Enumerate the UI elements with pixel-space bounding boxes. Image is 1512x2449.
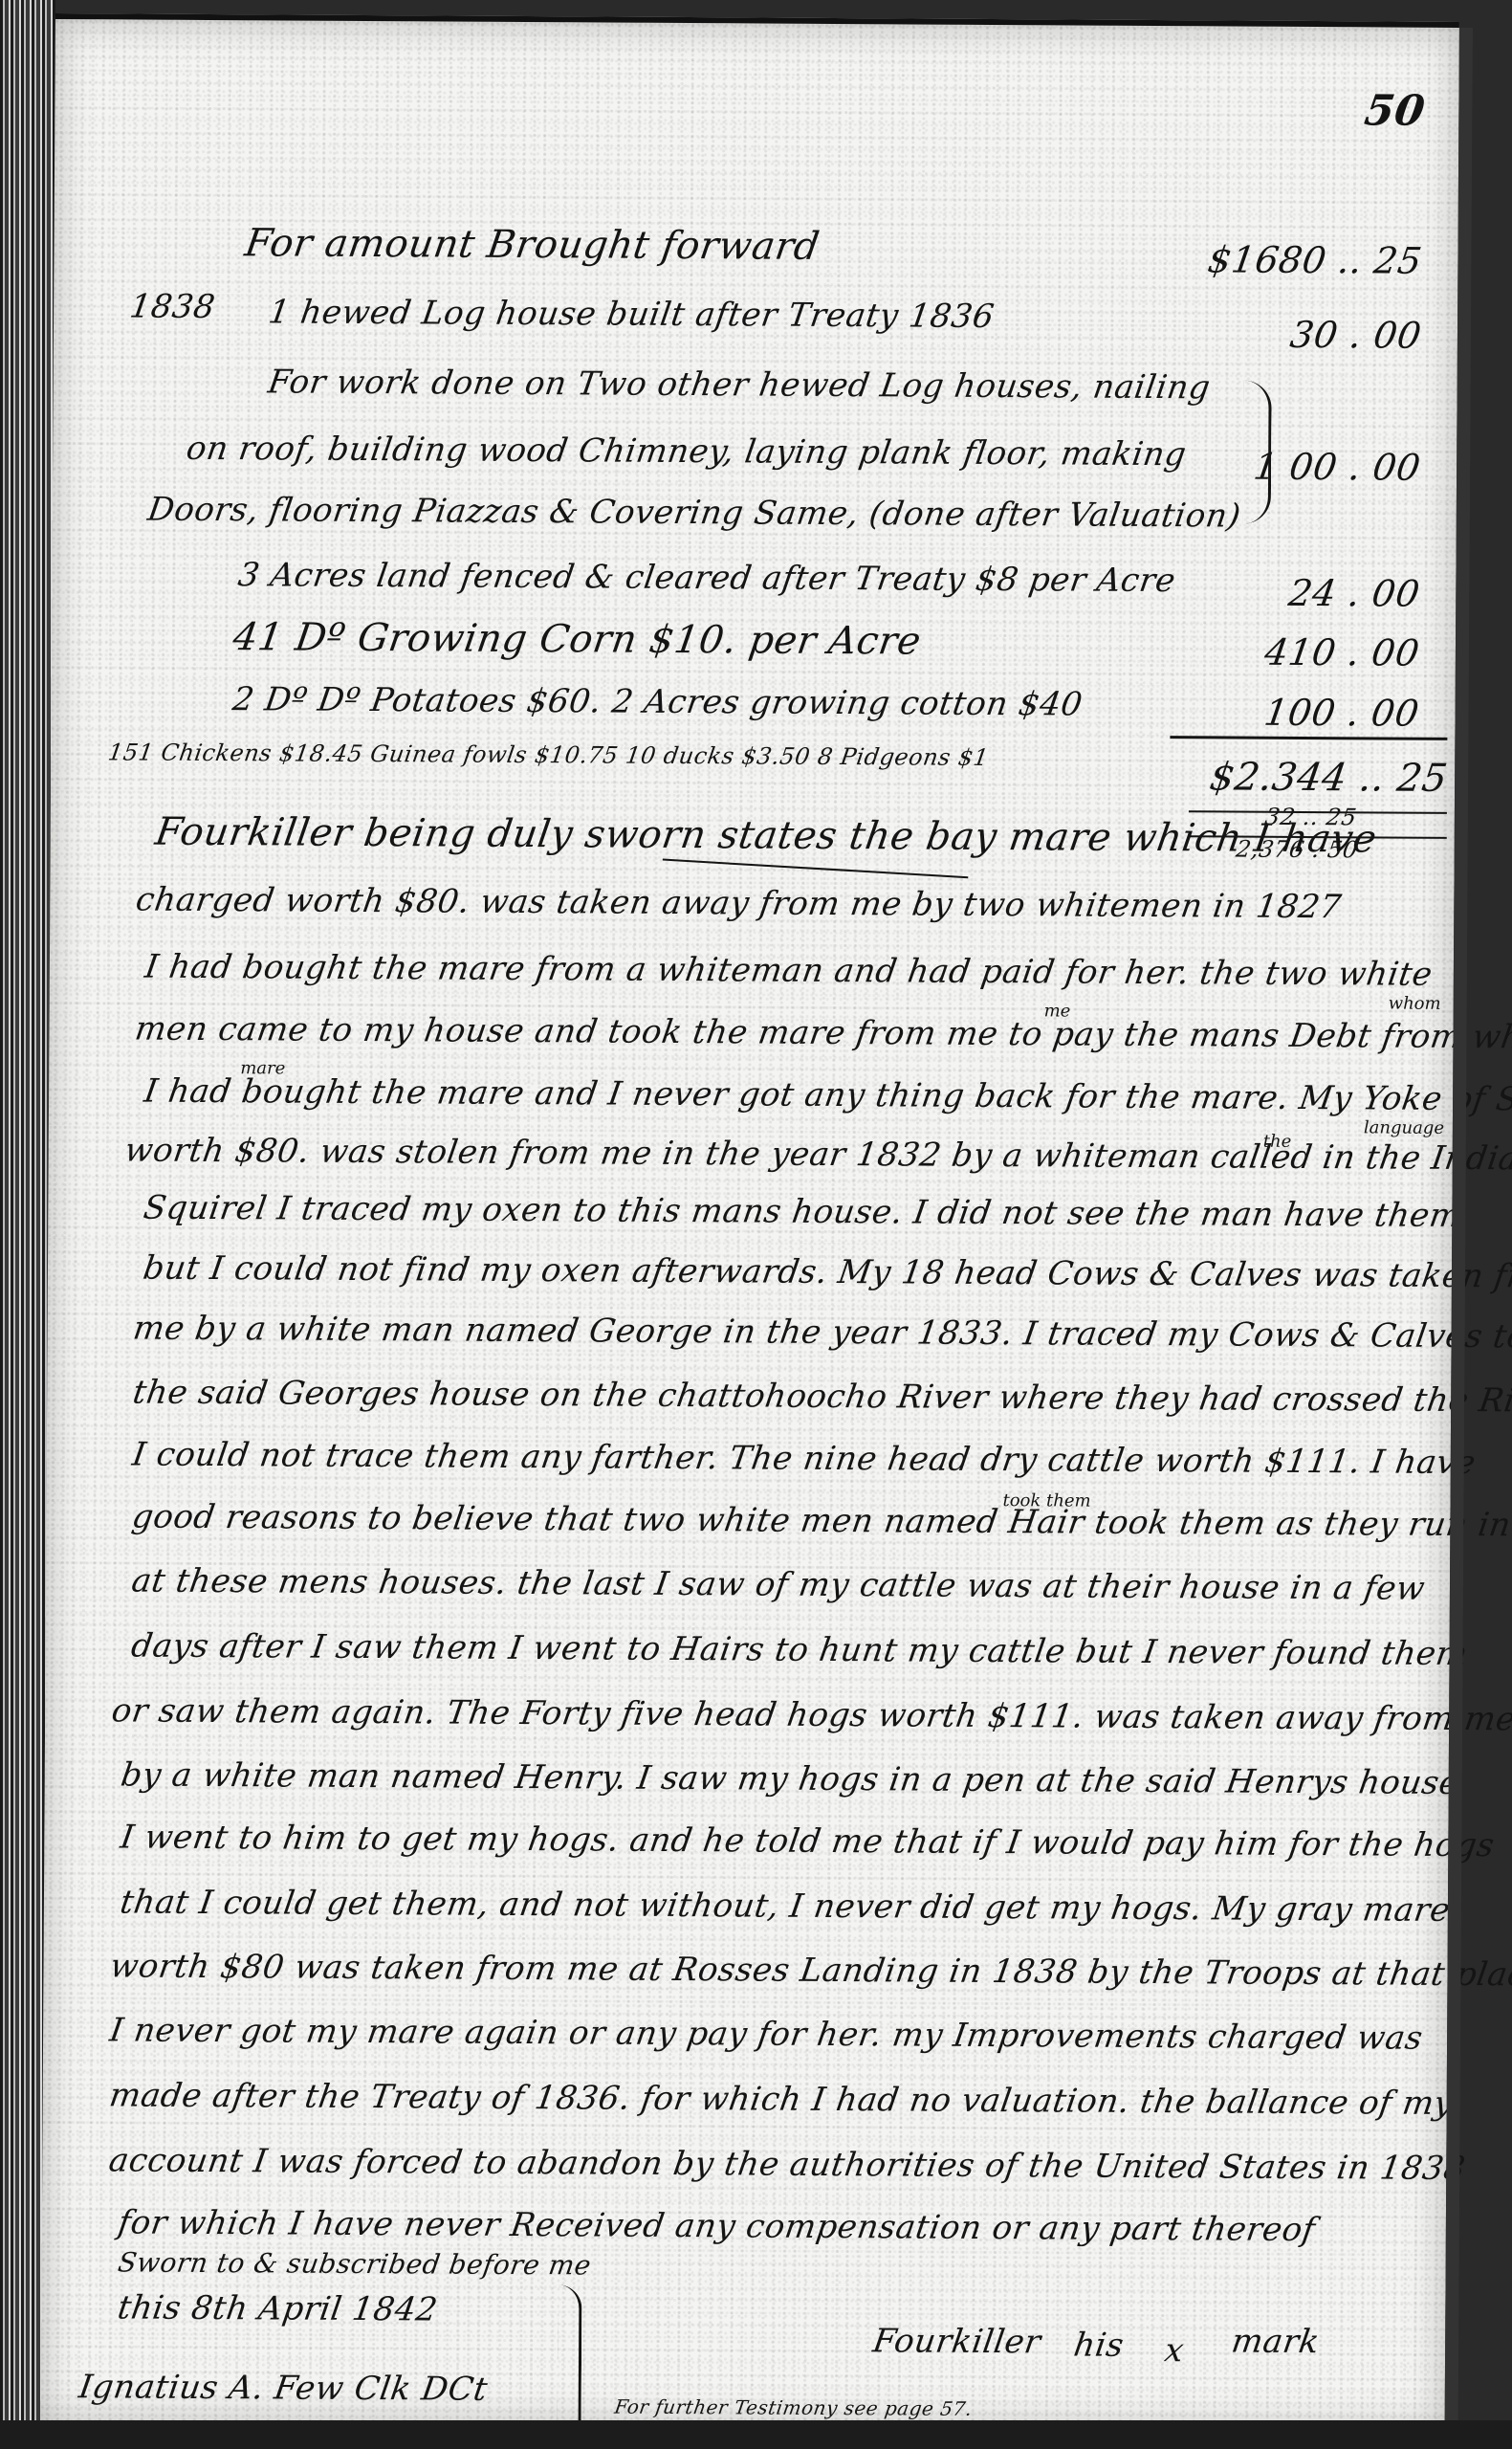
testimony-line-8: but I could not find my oxen afterwards.… [141,1249,1512,1296]
testimony-line-6: worth $80. was stolen from me in the yea… [122,1131,1512,1179]
ledger-line-3: on roof, building wood Chimney, laying p… [184,430,1189,474]
testimony-line-5: I had bought the mare and I never got an… [142,1072,1512,1119]
insert-whom: whom [1389,994,1441,1014]
testimony-line-10: the said Georges house on the chattohooc… [130,1374,1512,1421]
sum-rule [1170,736,1447,740]
testimony-line-11: I could not trace them any farther. The … [130,1436,1479,1483]
signature-his: his [1071,2327,1127,2365]
jurat-line-2: this 8th April 1842 [115,2288,440,2328]
ledger-amount-6: 410 . 00 [1225,631,1422,674]
testimony-line-22: account I was forced to abandon by the a… [106,2141,1467,2188]
testimony-line-2: charged worth $80. was taken away from m… [133,881,1344,927]
testimony-line-12: good reasons to believe that two white m… [129,1498,1512,1546]
testimony-line-15: or saw them again. The Forty five head h… [109,1691,1512,1738]
testimony-line-23: for which I have never Received any comp… [116,2203,1318,2249]
testimony-line-9: me by a white man named George in the ye… [131,1310,1512,1357]
ledger-brace [1243,381,1272,524]
scan-bottom-edge [0,2420,1512,2449]
insert-took-them: took them [1002,1490,1090,1511]
testimony-line-19: worth $80 was taken from me at Rosses La… [108,1947,1512,1994]
ledger-line-6: 41 Dº Growing Corn $10. per Acre [230,615,924,663]
signature-mark: mark [1229,2323,1322,2362]
ledger-amount-5: 24 . 00 [1225,572,1422,615]
ledger-total: $2.344 .. 25 [1176,755,1451,801]
insert-the: the [1263,1132,1292,1152]
ledger-line-4: Doors, flooring Piazzas & Covering Same,… [145,491,1243,536]
testimony-line-7: Squirel I traced my oxen to this mans ho… [141,1189,1463,1235]
ledger-amount-1: 30 . 00 [1227,314,1424,357]
testimony-line-20: I never got my mare again or any pay for… [107,2011,1425,2057]
jurat-signer: Ignatius A. Few Clk DCt [77,2368,491,2409]
page-number: 50 [1361,86,1428,135]
ledger-amount-7: 100 . 00 [1224,692,1421,735]
ledger-page: 50 For amount Brought forward $1680 .. 2… [41,13,1459,2431]
testimony-line-3: I had bought the mare from a whiteman an… [142,948,1435,994]
insert-language: language [1364,1117,1444,1138]
insert-mare: mare [240,1058,285,1078]
jurat-line-1: Sworn to & subscribed before me [116,2246,593,2281]
signature-name: Fourkiller [870,2322,1043,2361]
insert-me: me [1044,1001,1071,1021]
ledger-line-5: 3 Acres land fenced & cleared after Trea… [235,556,1177,600]
testimony-line-13: at these mens houses. the last I saw of … [129,1562,1428,1608]
brought-forward-amount: $1680 .. 25 [1189,238,1424,281]
testimony-line-4: men came to my house and took the mare f… [133,1010,1512,1057]
signature-x: x [1162,2331,1187,2370]
testimony-line-14: days after I saw them I went to Hairs to… [129,1627,1471,1673]
testimony-line-17: I went to him to get my hogs. and he tol… [118,1818,1497,1864]
ledger-line-2: For work done on Two other hewed Log hou… [266,363,1213,407]
testimony-line-16: by a white man named Henry. I saw my hog… [119,1755,1462,1802]
poultry-line: 151 Chickens $18.45 Guinea fowls $10.75 … [106,739,991,771]
ledger-year: 1838 [127,288,217,327]
ledger-line-7: 2 Dº Dº Potatoes $60. 2 Acres growing co… [230,680,1085,723]
testimony-line-1: Fourkiller being duly sworn states the b… [152,810,1379,862]
further-testimony-note: For further Testimony see page 57. [613,2395,974,2420]
sworn-underline [663,859,969,879]
testimony-line-21: made after the Treaty of 1836. for which… [107,2076,1456,2123]
ledger-header: For amount Brought forward [242,221,822,269]
ledger-line-1: 1 hewed Log house built after Treaty 183… [266,293,997,336]
testimony-line-18: that I could get them, and not without, … [118,1883,1453,1929]
